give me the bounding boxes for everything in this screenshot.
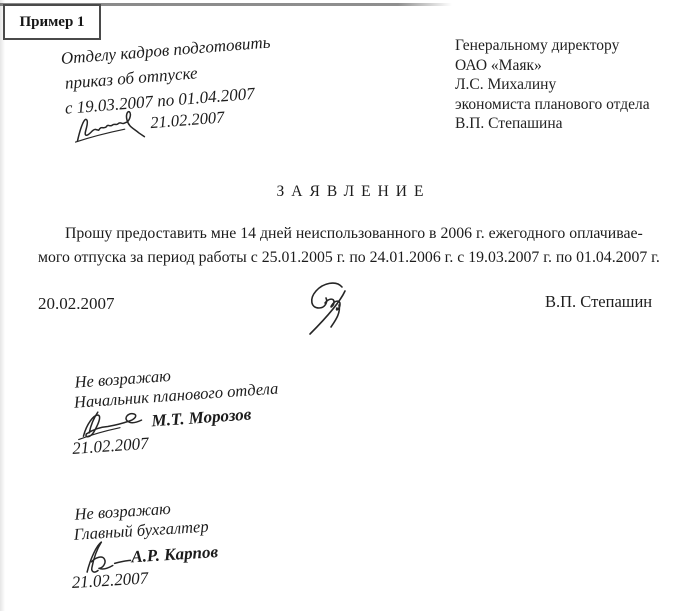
approval-block-accounting: Не возражаю Главный бухгалтер А.Р. Карпо… (70, 487, 365, 600)
approval-date: 21.02.2007 (71, 568, 149, 593)
approval-block-planning: Не возражаю Начальник планового отдела М… (70, 353, 366, 468)
resolution-note: Отделу кадров подготовить приказ об отпу… (60, 30, 277, 147)
approval-date: 21.02.2007 (72, 434, 150, 459)
body-paragraph: Прошу предоставить мне 14 дней неиспольз… (38, 222, 670, 269)
document-page: Пример 1 Отделу кадров подготовить прика… (0, 0, 700, 611)
addressee-line: Л.С. Михалину (455, 75, 650, 95)
applicant-signature-icon (298, 276, 362, 338)
resolution-signature-icon (71, 108, 151, 144)
scan-edge-artifact (0, 0, 5, 611)
approval-name: М.Т. Морозов (151, 404, 252, 431)
resolution-date: 21.02.2007 (150, 107, 226, 132)
body-line: Прошу предоставить мне 14 дней неиспольз… (38, 222, 670, 246)
example-label-box: Пример 1 (3, 4, 101, 40)
application-date: 20.02.2007 (38, 294, 115, 314)
addressee-line: экономиста планового отдела (455, 95, 650, 115)
body-line: мого отпуска за период работы с 25.01.20… (38, 246, 670, 270)
addressee-line: В.П. Степашина (455, 114, 650, 134)
example-label: Пример 1 (19, 14, 84, 31)
approval-name: А.Р. Карпов (131, 542, 219, 567)
addressee-line: Генеральному директору (455, 36, 650, 56)
addressee-line: ОАО «Маяк» (455, 56, 650, 76)
applicant-name: В.П. Степашин (545, 292, 652, 312)
document-title: ЗАЯВЛЕНИЕ (0, 183, 700, 201)
addressee-block: Генеральному директору ОАО «Маяк» Л.С. М… (455, 36, 650, 134)
